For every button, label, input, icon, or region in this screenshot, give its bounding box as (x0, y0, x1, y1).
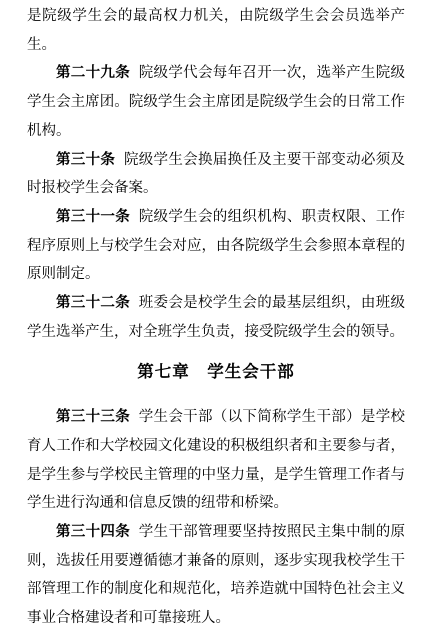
paragraph-text: 是院级学生会的最高权力机关，由院级学生会会员选举产生。 (27, 8, 405, 53)
article-number: 第三十二条 (56, 295, 130, 311)
paragraph: 第三十三条学生会干部（以下简称学生干部）是学校育人工作和大学校园文化建设的积极组… (27, 403, 405, 518)
article-number: 第二十九条 (56, 65, 130, 81)
article-number: 第三十三条 (56, 409, 130, 425)
document-page: 是院级学生会的最高权力机关，由院级学生会会员选举产生。 第二十九条院级学代会每年… (0, 0, 432, 639)
article-number: 第三十四条 (56, 524, 130, 540)
paragraph: 第三十一条院级学生会的组织机构、职责权限、工作程序原则上与校学生会对应，由各院级… (27, 203, 405, 289)
chapter-heading: 第七章 学生会干部 (27, 358, 405, 387)
paragraph: 是院级学生会的最高权力机关，由院级学生会会员选举产生。 (27, 2, 405, 59)
article-number: 第三十一条 (56, 209, 130, 225)
paragraph: 第三十四条学生干部管理要坚持按照民主集中制的原则，选拔任用要遵循德才兼备的原则，… (27, 518, 405, 633)
article-number: 第三十条 (56, 152, 115, 168)
paragraph: 第三十条院级学生会换届换任及主要干部变动必须及时报校学生会备案。 (27, 146, 405, 203)
paragraph: 第三十二条班委会是校学生会的最基层组织，由班级学生选举产生，对全班学生负责，接受… (27, 289, 405, 346)
paragraph: 第二十九条院级学代会每年召开一次，选举产生院级学生会主席团。院级学生会主席团是院… (27, 59, 405, 145)
